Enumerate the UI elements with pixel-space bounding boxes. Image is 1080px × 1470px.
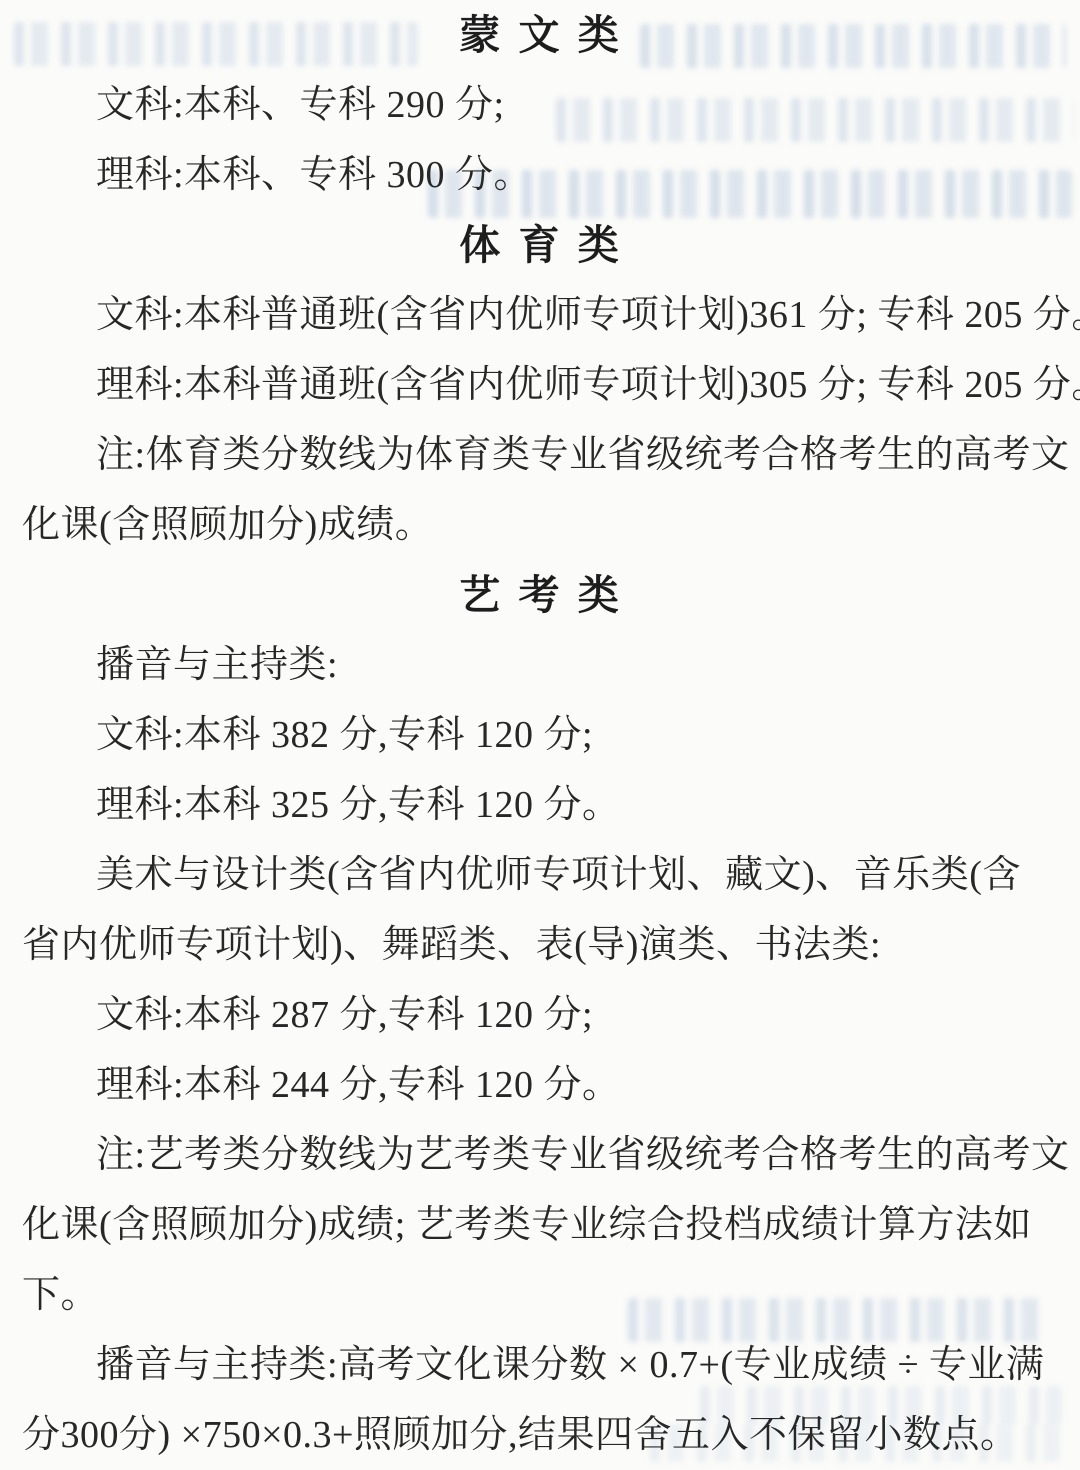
art-exam-note-line-1: 注:艺考类分数线为艺考类专业省级统考合格考生的高考文 [22, 1120, 1058, 1190]
art-design-group-line-1: 美术与设计类(含省内优师专项计划、藏文)、音乐类(含 [22, 840, 1058, 910]
heading-mongolian-category: 蒙 文 类 [22, 0, 1058, 70]
pe-liberal-arts-line: 文科:本科普通班(含省内优师专项计划)361 分; 专科 205 分。 [22, 280, 1058, 350]
heading-art-exam-category: 艺 考 类 [22, 560, 1058, 630]
mongolian-liberal-arts-line: 文科:本科、专科 290 分; [22, 70, 1058, 140]
broadcasting-formula-line-2: 分300分) ×750×0.3+照顾加分,结果四舍五入不保留小数点。 [22, 1400, 1058, 1470]
document-body: 蒙 文 类 文科:本科、专科 290 分; 理科:本科、专科 300 分。 体 … [0, 0, 1080, 1470]
art-exam-note-line-2: 化课(含照顾加分)成绩; 艺考类专业综合投档成绩计算方法如 [22, 1190, 1058, 1260]
scanned-document-page: 蒙 文 类 文科:本科、专科 290 分; 理科:本科、专科 300 分。 体 … [0, 0, 1080, 1470]
broadcasting-hosting-label-line: 播音与主持类: [22, 630, 1058, 700]
broadcasting-liberal-arts-line: 文科:本科 382 分,专科 120 分; [22, 700, 1058, 770]
pe-note-line-2: 化课(含照顾加分)成绩。 [22, 490, 1058, 560]
mongolian-science-line: 理科:本科、专科 300 分。 [22, 140, 1058, 210]
broadcasting-science-line: 理科:本科 325 分,专科 120 分。 [22, 770, 1058, 840]
broadcasting-formula-line-1: 播音与主持类:高考文化课分数 × 0.7+(专业成绩 ÷ 专业满 [22, 1330, 1058, 1400]
pe-note-line-1: 注:体育类分数线为体育类专业省级统考合格考生的高考文 [22, 420, 1058, 490]
heading-physical-education: 体 育 类 [22, 210, 1058, 280]
art-group-science-line: 理科:本科 244 分,专科 120 分。 [22, 1050, 1058, 1120]
pe-science-line: 理科:本科普通班(含省内优师专项计划)305 分; 专科 205 分。 [22, 350, 1058, 420]
art-design-group-line-2: 省内优师专项计划)、舞蹈类、表(导)演类、书法类: [22, 910, 1058, 980]
art-exam-note-line-3: 下。 [22, 1260, 1058, 1330]
art-group-liberal-arts-line: 文科:本科 287 分,专科 120 分; [22, 980, 1058, 1050]
